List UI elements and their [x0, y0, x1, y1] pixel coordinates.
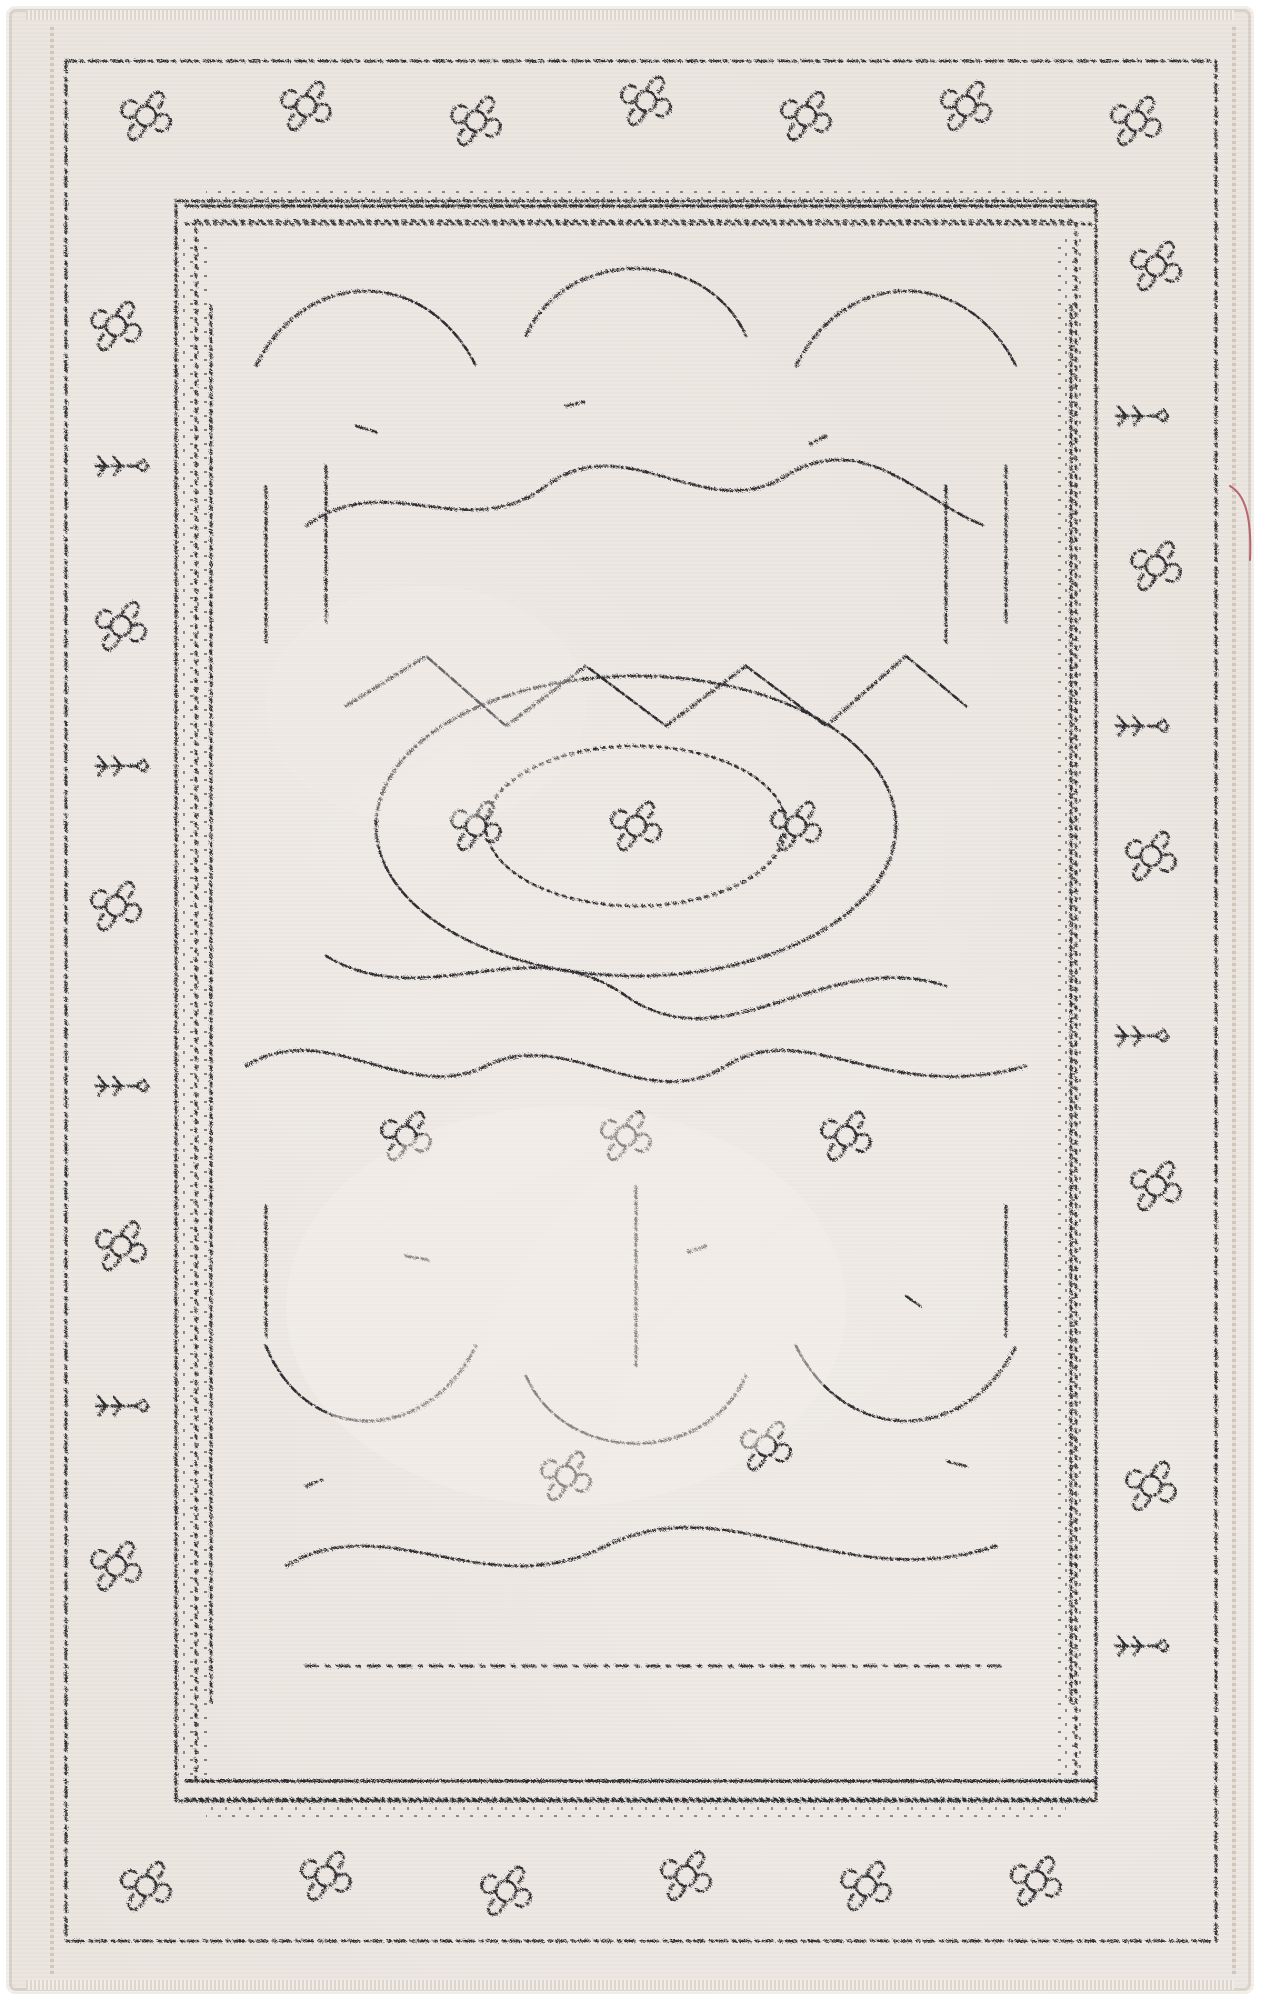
guard-band-speckle-left [178, 236, 208, 1776]
worn-area [266, 586, 586, 826]
pattern-strokes [66, 61, 1216, 1941]
rug-pattern [6, 6, 1254, 1994]
stray-red-thread [1228, 484, 1254, 564]
guard-band-speckle-top [206, 188, 1066, 202]
guard-band-speckle-right [1054, 236, 1084, 1776]
guard-band-speckle-bottom [206, 1803, 1066, 1817]
rug [6, 6, 1254, 1994]
worn-area [286, 1106, 846, 1506]
